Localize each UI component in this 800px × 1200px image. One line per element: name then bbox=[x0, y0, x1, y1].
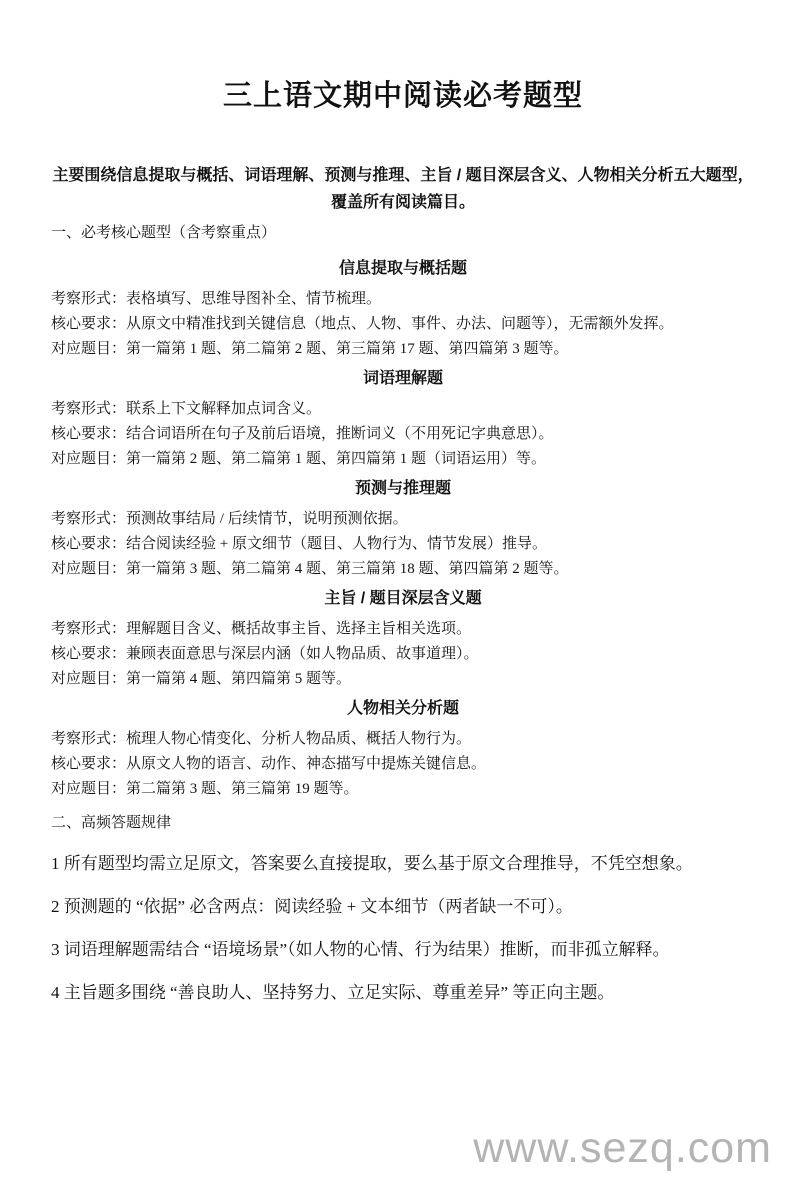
core-requirement-line: 核心要求：结合词语所在句子及前后语境，推断词义（不用死记字典意思）。 bbox=[51, 422, 755, 447]
exam-format-line: 考察形式：联系上下文解释加点词含义。 bbox=[51, 397, 755, 422]
related-questions-line: 对应题目：第一篇第 1 题、第二篇第 2 题、第三篇第 17 题、第四篇第 3 … bbox=[51, 337, 755, 362]
question-type-section-prediction: 预测与推理题 考察形式：预测故事结局 / 后续情节，说明预测依据。 核心要求：结… bbox=[51, 472, 755, 582]
related-questions-line: 对应题目：第二篇第 3 题、第三篇第 19 题等。 bbox=[51, 777, 755, 802]
question-type-section-character-analysis: 人物相关分析题 考察形式：梳理人物心情变化、分析人物品质、概括人物行为。 核心要… bbox=[51, 692, 755, 802]
question-type-heading: 词语理解题 bbox=[51, 368, 755, 390]
exam-format-line: 考察形式：理解题目含义、概括故事主旨、选择主旨相关选项。 bbox=[51, 617, 755, 642]
related-questions-line: 对应题目：第一篇第 3 题、第二篇第 4 题、第三篇第 18 题、第四篇第 2 … bbox=[51, 557, 755, 582]
question-type-heading: 预测与推理题 bbox=[51, 478, 755, 500]
doc-title: 三上语文期中阅读必考题型 bbox=[51, 78, 755, 114]
intro-paragraph: 主要围绕信息提取与概括、词语理解、预测与推理、主旨 / 题目深层含义、人物相关分… bbox=[51, 162, 755, 216]
related-questions-line: 对应题目：第一篇第 4 题、第四篇第 5 题等。 bbox=[51, 667, 755, 692]
rule-item: 3 词语理解题需结合 “语境场景”（如人物的心情、行为结果）推断，而非孤立解释。 bbox=[51, 936, 755, 963]
question-type-heading: 信息提取与概括题 bbox=[51, 258, 755, 280]
question-type-section-main-idea: 主旨 / 题目深层含义题 考察形式：理解题目含义、概括故事主旨、选择主旨相关选项… bbox=[51, 582, 755, 692]
core-requirement-line: 核心要求：结合阅读经验 + 原文细节（题目、人物行为、情节发展）推导。 bbox=[51, 532, 755, 557]
core-requirement-line: 核心要求：兼顾表面意思与深层内涵（如人物品质、故事道理）。 bbox=[51, 642, 755, 667]
question-type-section-word-comprehension: 词语理解题 考察形式：联系上下文解释加点词含义。 核心要求：结合词语所在句子及前… bbox=[51, 362, 755, 472]
related-questions-line: 对应题目：第一篇第 2 题、第二篇第 1 题、第四篇第 1 题（词语运用）等。 bbox=[51, 447, 755, 472]
rule-item: 4 主旨题多围绕 “善良助人、坚持努力、立足实际、尊重差异” 等正向主题。 bbox=[51, 979, 755, 1006]
question-type-heading: 主旨 / 题目深层含义题 bbox=[51, 588, 755, 610]
answer-rules-list: 1 所有题型均需立足原文，答案要么直接提取，要么基于原文合理推导，不凭空想象。 … bbox=[51, 850, 755, 1006]
rule-item: 2 预测题的 “依据” 必含两点：阅读经验 + 文本细节（两者缺一不可）。 bbox=[51, 893, 755, 920]
section-two-heading: 二、高频答题规律 bbox=[51, 812, 755, 834]
section-one-heading: 一、必考核心题型（含考察重点） bbox=[51, 222, 755, 244]
exam-format-line: 考察形式：预测故事结局 / 后续情节，说明预测依据。 bbox=[51, 507, 755, 532]
core-requirement-line: 核心要求：从原文中精准找到关键信息（地点、人物、事件、办法、问题等），无需额外发… bbox=[51, 312, 755, 337]
document-page: 三上语文期中阅读必考题型 主要围绕信息提取与概括、词语理解、预测与推理、主旨 /… bbox=[0, 0, 800, 1200]
exam-format-line: 考察形式：表格填写、思维导图补全、情节梳理。 bbox=[51, 287, 755, 312]
site-watermark: www.sezq.com bbox=[473, 1127, 772, 1170]
rule-item: 1 所有题型均需立足原文，答案要么直接提取，要么基于原文合理推导，不凭空想象。 bbox=[51, 850, 755, 877]
exam-format-line: 考察形式：梳理人物心情变化、分析人物品质、概括人物行为。 bbox=[51, 727, 755, 752]
core-requirement-line: 核心要求：从原文人物的语言、动作、神态描写中提炼关键信息。 bbox=[51, 752, 755, 777]
question-type-heading: 人物相关分析题 bbox=[51, 698, 755, 720]
question-type-section-info-extraction: 信息提取与概括题 考察形式：表格填写、思维导图补全、情节梳理。 核心要求：从原文… bbox=[51, 244, 755, 362]
